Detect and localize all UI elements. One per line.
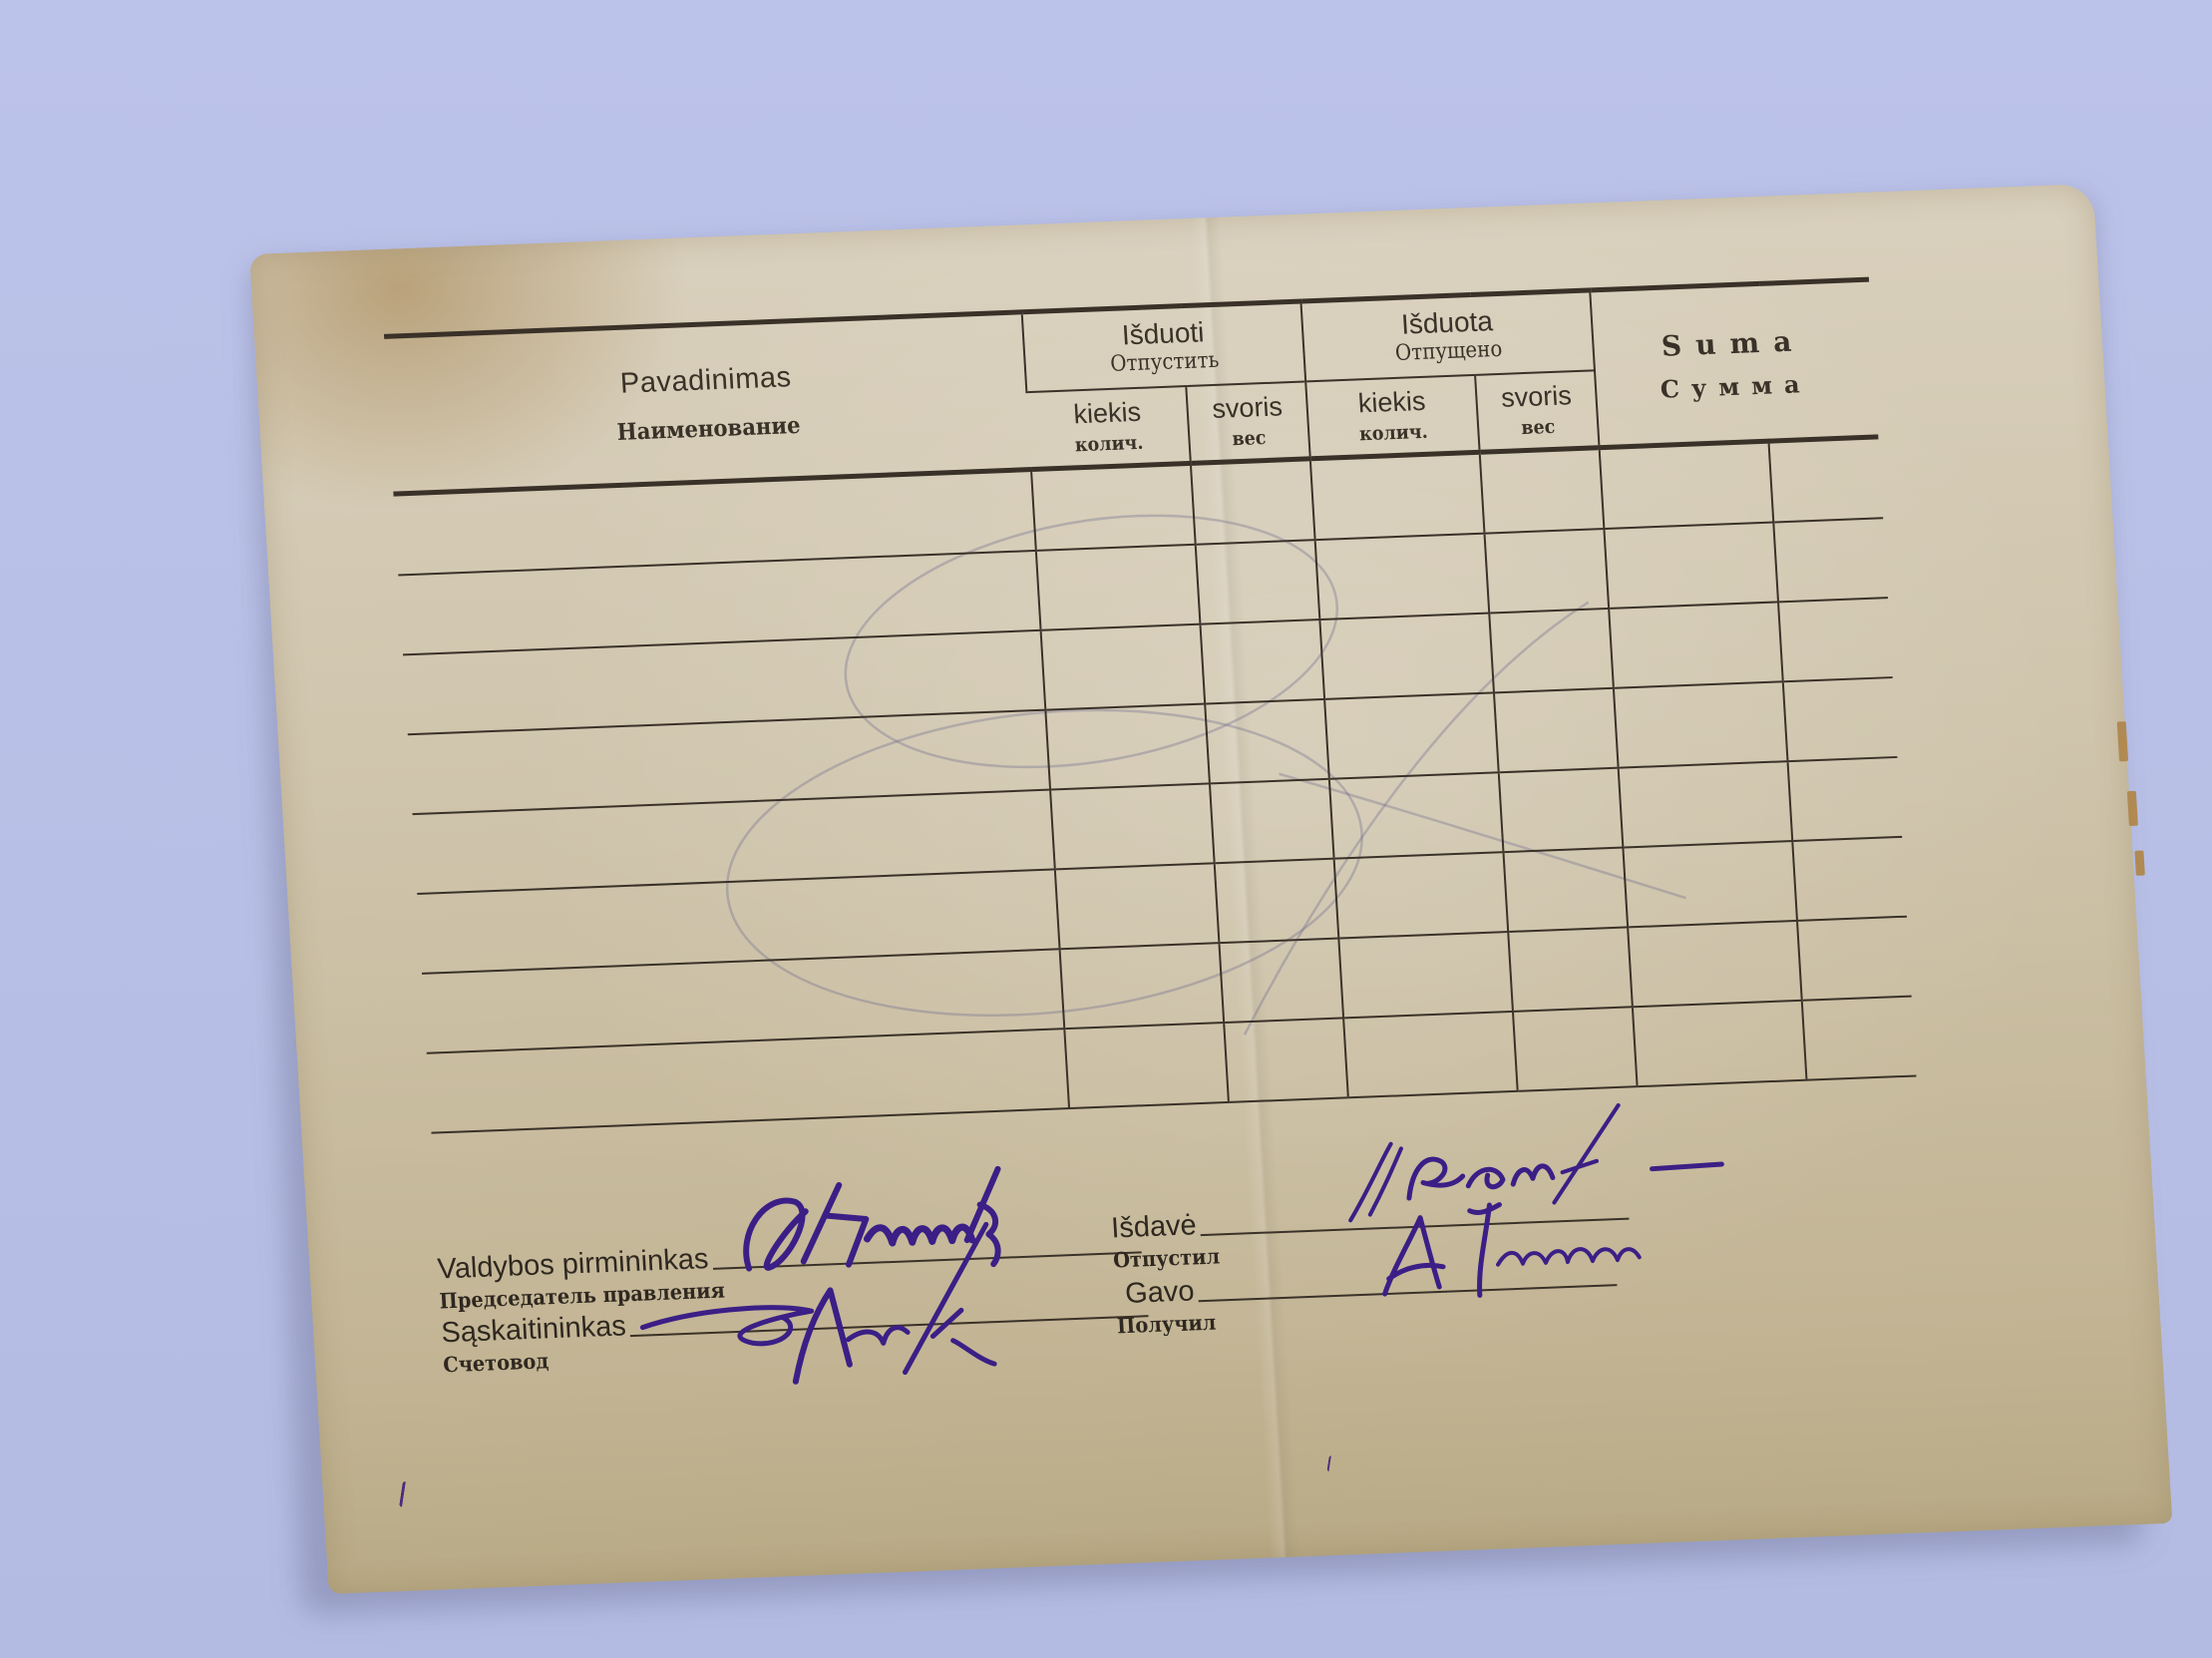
cell-issued-qty <box>1338 932 1513 1018</box>
subheader-issue-weight-lt: svoris <box>1188 391 1307 425</box>
cell-sum-b <box>1773 518 1888 602</box>
cell-issued-weight <box>1503 848 1628 932</box>
header-sum-lt: Suma <box>1594 321 1874 365</box>
subheader-issue-qty: kiekis колич. <box>1026 386 1191 470</box>
goods-table: Pavadinimas Наименование Išduoti Отпусти… <box>384 277 1917 1134</box>
cell-sum-b <box>1768 437 1883 523</box>
cell-sum-b <box>1797 917 1912 1001</box>
label-received-by-lt: Gavo <box>1124 1277 1195 1309</box>
cell-issue-qty <box>1050 783 1215 869</box>
label-received-by-ru: Получил <box>1116 1312 1216 1337</box>
subheader-issued-qty: kiekis колич. <box>1305 374 1480 458</box>
torn-edge <box>2134 851 2144 876</box>
cell-issued-weight <box>1508 927 1633 1011</box>
cell-issued-qty <box>1324 692 1499 778</box>
stray-ink-mark <box>399 1481 409 1508</box>
cell-sum-a <box>1633 1001 1807 1086</box>
cell-issue-weight <box>1205 699 1329 783</box>
subheader-issued-qty-lt: kiekis <box>1307 385 1477 421</box>
torn-edge <box>2117 721 2128 761</box>
header-name-ru: Наименование <box>415 404 1002 454</box>
cell-issued-weight <box>1480 448 1605 534</box>
cell-issue-qty <box>1060 943 1225 1029</box>
subheader-issued-weight: svoris вес <box>1475 370 1600 452</box>
torn-edge <box>2127 791 2138 826</box>
signature-block-right: Išdavė Отпустил Gavo Получил <box>1110 1195 1635 1337</box>
cell-issue-weight <box>1210 779 1334 863</box>
cell-sum-b <box>1792 837 1907 921</box>
subheader-issue-qty-ru: колич. <box>1035 430 1182 458</box>
cell-issued-weight <box>1484 529 1609 613</box>
cell-issue-weight <box>1219 939 1343 1023</box>
stray-ink-mark <box>1326 1455 1333 1472</box>
cell-issued-qty <box>1329 772 1504 858</box>
cell-issued-qty <box>1334 852 1509 938</box>
subheader-issued-qty-ru: колич. <box>1315 419 1471 447</box>
cell-issue-qty <box>1045 704 1210 790</box>
cell-issue-qty <box>1036 545 1201 630</box>
cell-issue-qty <box>1055 863 1220 949</box>
subheader-issue-weight: svoris вес <box>1186 381 1310 463</box>
cell-issued-weight <box>1499 768 1624 852</box>
cell-issue-weight <box>1200 620 1324 703</box>
document-sheet: Pavadinimas Наименование Išduoti Отпусти… <box>249 184 2172 1594</box>
cell-sum-b <box>1783 677 1898 761</box>
label-accountant-lt: Sąskaitininkas <box>441 1312 627 1348</box>
cell-sum-a <box>1609 602 1783 687</box>
cell-sum-a <box>1623 841 1797 927</box>
cell-sum-a <box>1600 441 1774 529</box>
column-group-issued: Išduota Отпущено <box>1300 290 1595 381</box>
column-header-sum: Suma Сумма <box>1590 279 1878 448</box>
cell-sum-b <box>1802 997 1917 1080</box>
label-chairman-lt: Valdybos pirmininkas <box>437 1245 709 1284</box>
cell-sum-a <box>1604 523 1778 609</box>
header-name-lt: Pavadinimas <box>386 352 1024 409</box>
cell-sum-b <box>1788 757 1903 841</box>
cell-issued-weight <box>1513 1007 1638 1090</box>
label-accountant-ru: Счетовод <box>443 1350 550 1375</box>
subheader-issue-qty-lt: kiekis <box>1027 396 1188 432</box>
subheader-issued-weight-lt: svoris <box>1477 380 1597 414</box>
cell-issued-qty <box>1319 614 1494 699</box>
cell-issued-weight <box>1489 609 1614 692</box>
cell-sum-a <box>1619 761 1793 847</box>
cell-issue-weight <box>1224 1018 1348 1101</box>
subheader-issued-weight-ru: вес <box>1483 414 1593 440</box>
cell-sum-a <box>1614 681 1788 767</box>
cell-issued-qty <box>1310 452 1485 540</box>
cell-sum-a <box>1628 921 1802 1007</box>
label-chairman-ru: Председатель правления <box>439 1279 725 1311</box>
cell-issued-qty <box>1315 534 1490 620</box>
cell-issue-weight <box>1215 859 1339 943</box>
cell-issue-weight <box>1191 459 1315 545</box>
cell-sum-b <box>1778 598 1893 681</box>
label-issued-by-lt: Išdavė <box>1110 1211 1197 1243</box>
subheader-issue-weight-ru: вес <box>1195 425 1304 451</box>
cell-issued-qty <box>1343 1012 1518 1097</box>
cell-issue-qty <box>1031 463 1196 551</box>
cell-issue-weight <box>1196 540 1320 623</box>
column-group-to-issue: Išduoti Отпустить <box>1022 301 1306 392</box>
signature-block-left: Valdybos pirmininkas Председатель правле… <box>437 1228 1151 1375</box>
label-issued-by-ru: Отпустил <box>1113 1245 1221 1270</box>
cell-issued-weight <box>1494 688 1619 772</box>
cell-issue-qty <box>1064 1023 1229 1108</box>
header-sum-ru: Сумма <box>1596 366 1876 406</box>
cell-issue-qty <box>1041 624 1206 710</box>
column-header-name: Pavadinimas Наименование <box>384 312 1031 494</box>
